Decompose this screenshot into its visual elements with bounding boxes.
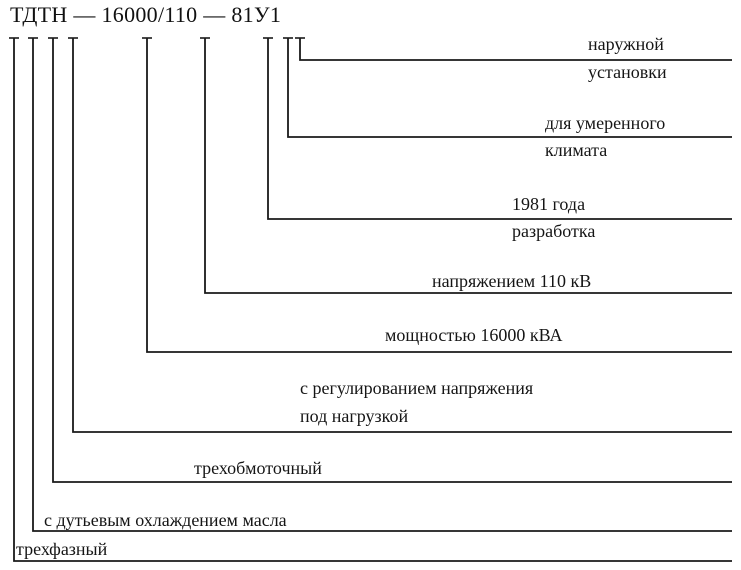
label-outdoor-2: установки	[588, 62, 667, 82]
label-year-1: 1981 года	[512, 194, 585, 214]
label-climate-1: для умеренного	[545, 113, 665, 133]
label-cooling: с дутьевым охлаждением масла	[44, 510, 287, 530]
label-power: мощностью 16000 кВА	[385, 325, 562, 345]
label-windings: трехобмоточный	[194, 458, 322, 478]
label-year-2: разработка	[512, 221, 595, 241]
label-climate-2: климата	[545, 140, 607, 160]
label-outdoor-1: наружной	[588, 34, 664, 54]
label-voltage: напряжением 110 кВ	[432, 271, 591, 291]
label-regulation-1: с регулированием напряжения	[300, 378, 533, 398]
label-phases: трехфазный	[16, 539, 107, 559]
label-regulation-2: под нагрузкой	[300, 406, 408, 426]
bracket-lines	[0, 0, 741, 570]
